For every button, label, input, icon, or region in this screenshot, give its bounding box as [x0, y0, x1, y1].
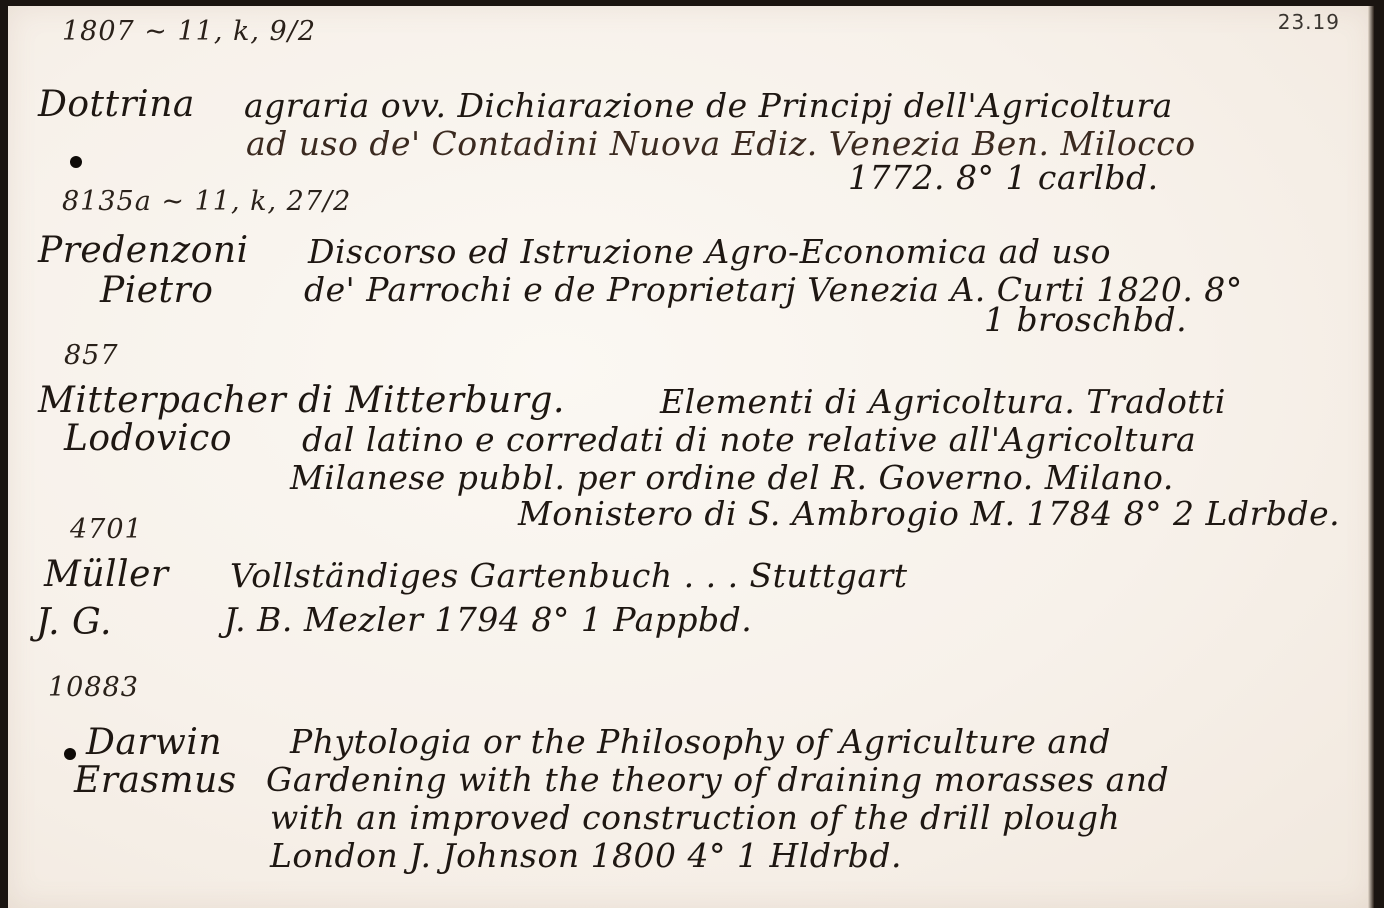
entry-title-line-1: Phytologia or the Philosophy of Agricult… [290, 722, 1111, 761]
entry-author-forename: Lodovico [64, 418, 232, 459]
entry-binding: 1 broschbd. [984, 300, 1187, 339]
entry-author-forename: Erasmus [74, 760, 237, 801]
entry-title-line-1: agraria ovv. Dichiarazione de Principj d… [244, 86, 1173, 125]
entry-title-line-1: Elementi di Agricoltura. Tradotti [660, 382, 1226, 421]
entry-title-line-3: Milanese pubbl. per ordine del R. Govern… [290, 458, 1174, 497]
entry-imprint: J. B. Mezler 1794 8° 1 Pappbd. [224, 600, 752, 639]
entry-imprint: 1772. 8° 1 carlbd. [848, 158, 1159, 197]
call-number: 8135a ~ 11, k, 27/2 [62, 186, 351, 217]
corner-shelfmark: 23.19 [1278, 10, 1340, 34]
entry-author: Darwin [86, 722, 222, 763]
entry-author-forename: J. G. [36, 602, 112, 643]
entry-author: Müller [44, 554, 169, 595]
call-number: 857 [64, 340, 119, 371]
entry-title-line-2: Gardening with the theory of draining mo… [266, 760, 1169, 799]
entry-author: Dottrina [38, 84, 195, 125]
entry-author: Predenzoni [38, 230, 249, 271]
entry-imprint: Monistero di S. Ambrogio M. 1784 8° 2 Ld… [518, 494, 1340, 533]
entry-title-line-3: with an improved construction of the dri… [270, 798, 1120, 837]
entry-author-forename: Pietro [100, 270, 213, 311]
entry-title-line-2: dal latino e corredati di note relative … [302, 420, 1196, 459]
call-number: 1807 ~ 11, k, 9/2 [62, 16, 316, 47]
punch-hole-top [70, 156, 82, 168]
entry-author: Mitterpacher di Mitterburg. [38, 380, 565, 421]
entry-title-line-1: Vollständiges Gartenbuch . . . Stuttgart [230, 556, 908, 595]
entry-imprint: London J. Johnson 1800 4° 1 Hldrbd. [270, 836, 902, 875]
catalog-card: 23.19 1807 ~ 11, k, 9/2 Dottrina agraria… [8, 6, 1374, 908]
call-number: 4701 [70, 514, 143, 545]
call-number: 10883 [48, 672, 139, 703]
entry-title-line-1: Discorso ed Istruzione Agro-Economica ad… [308, 232, 1111, 271]
punch-hole-bottom [64, 748, 76, 760]
